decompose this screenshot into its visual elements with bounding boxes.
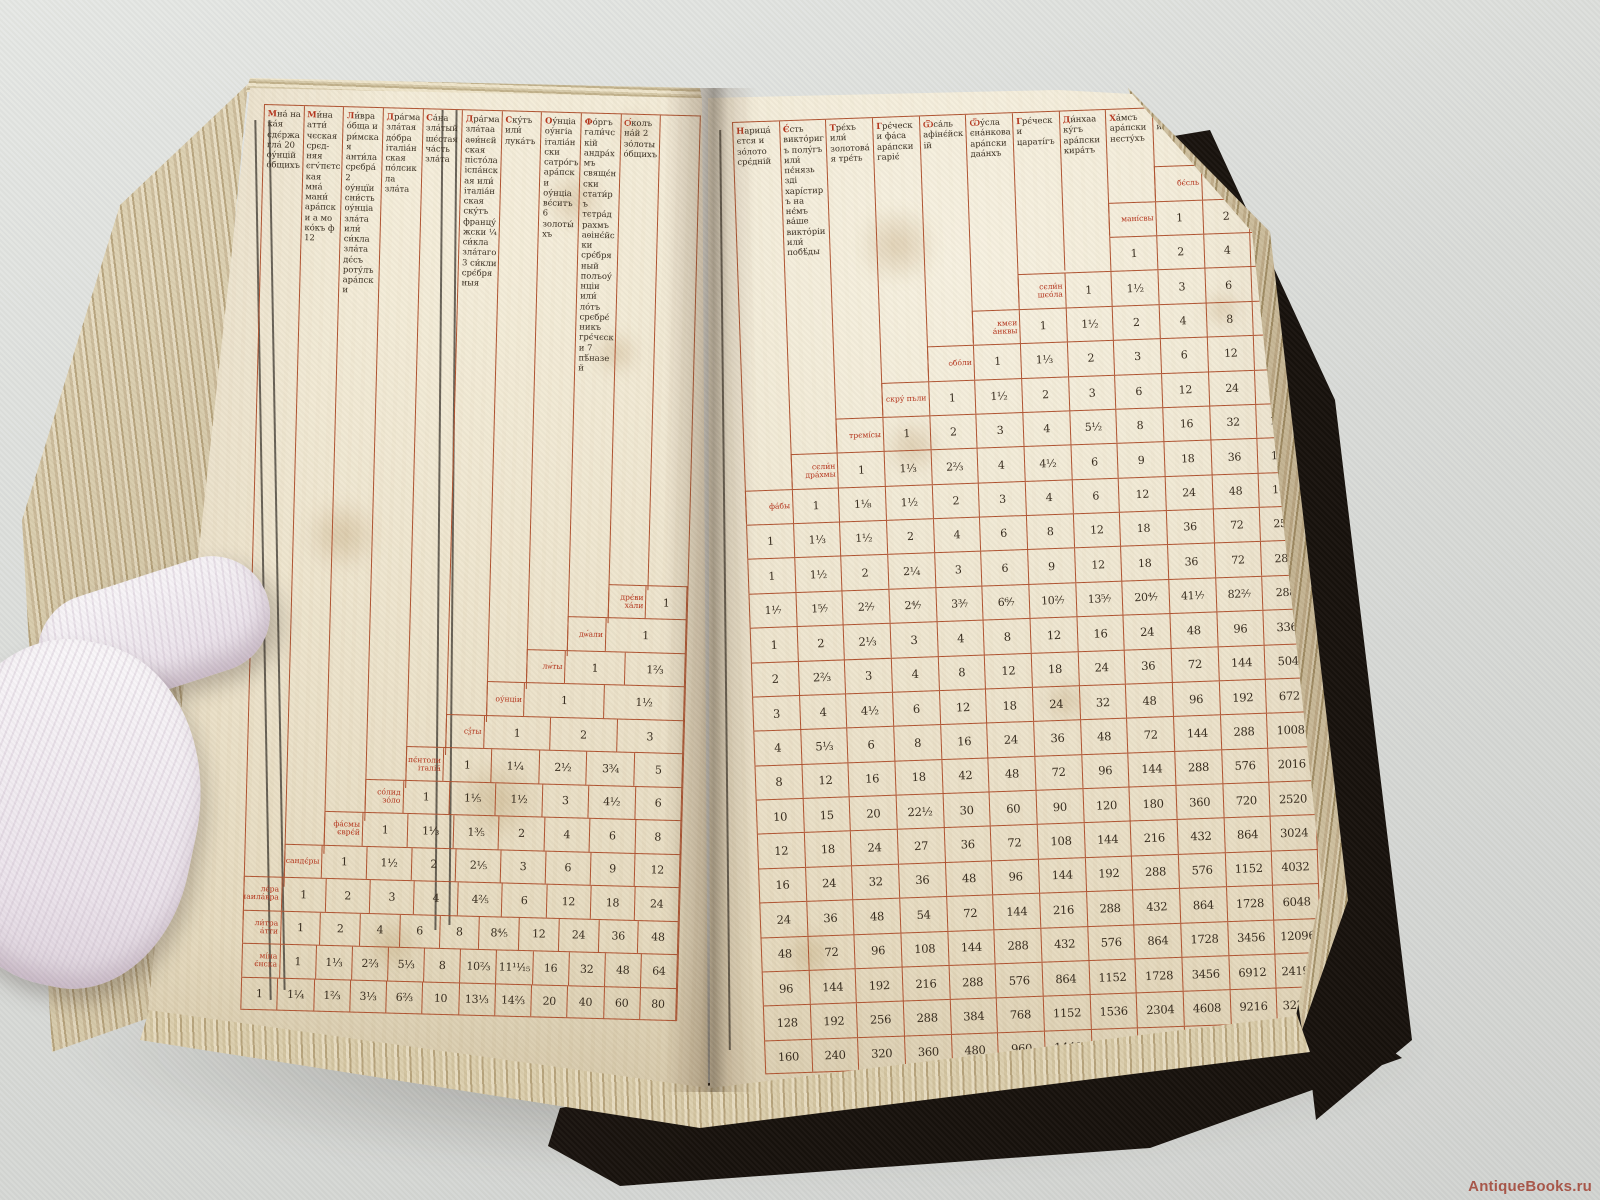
table-cell: 192 [855, 967, 903, 1002]
table-cell: 1⅔ [313, 979, 350, 1011]
table-cell: 6 [634, 787, 681, 821]
table-cell: 1⅔ [624, 653, 685, 687]
table-cell: 3 [976, 413, 1024, 448]
column-header: Мину́ты [1245, 103, 1292, 127]
table-cell: 13⁵⁄₇ [1075, 581, 1123, 616]
column-header-text: Ѿу́сла єна́нкова ара́пски даа́нхъ [966, 113, 1013, 159]
table-cell: 32 [1078, 685, 1126, 720]
table-cell: 6 [979, 516, 1027, 551]
table-cell: 192 [1084, 856, 1132, 891]
table-row: дѡ́али1 [567, 617, 687, 654]
table-cell: 1 [362, 813, 408, 847]
table-cell: 16 [758, 868, 806, 903]
table-cell: 12 [1029, 617, 1077, 652]
table-cell: 32 [1209, 405, 1257, 440]
table-cell: 6 [1204, 267, 1252, 302]
table-cell: 768 [996, 997, 1044, 1032]
table-cell: 8 [439, 915, 480, 948]
table-cell: 48 [637, 921, 678, 954]
right-table: Нарица́ єтся и зо́лото срє́днійЄ́сть вик… [732, 102, 1325, 1074]
table-cell: 12 [757, 833, 805, 868]
table-cell: 288 [1174, 750, 1222, 785]
table-cell: 1¼ [277, 978, 314, 1010]
table-cell: 1 [747, 559, 795, 594]
table-cell: 288 [948, 964, 996, 999]
table-cell: 1 [1019, 308, 1067, 343]
table-cell: 4½ [1023, 446, 1071, 481]
table-cell: 12 [984, 653, 1032, 688]
table-cell: 1 [1110, 236, 1158, 271]
table-cell: 6 [1071, 478, 1119, 513]
table-cell: 3 [1068, 375, 1116, 410]
table-cell: 18 [590, 886, 635, 920]
table-cell: 864 [1179, 887, 1227, 922]
table-cell: 6 [545, 851, 591, 885]
table-cell: 720 [1222, 783, 1270, 818]
table-cell: 288 [1220, 714, 1268, 749]
table-cell: 1 [750, 627, 798, 662]
table-cell: 3 [752, 696, 800, 731]
table-cell: 72 [1214, 542, 1262, 577]
table-cell: 36 [806, 900, 854, 935]
table-cell: 15 [802, 797, 850, 832]
table-cell: 432 [1177, 819, 1225, 854]
table-cell: 1728 [1226, 886, 1274, 921]
table-cell: 1½ [495, 783, 542, 817]
table-cell: 24 [558, 919, 599, 952]
table-cell: 48 [760, 936, 808, 971]
table-cell: 24 [1032, 686, 1080, 721]
table-cell: 432 [1040, 927, 1088, 962]
table-cell: 4 [543, 818, 589, 852]
table-cell: 1 [524, 683, 605, 718]
table-cell: 1152 [1224, 851, 1272, 886]
table-cell: 864 [1134, 923, 1182, 958]
table-cell: 18 [1163, 441, 1211, 476]
table-cell: 360 [1175, 784, 1223, 819]
column-header-text: Нарица́ єтся и зо́лото срє́дній [733, 121, 780, 167]
table-cell: 24 [986, 722, 1034, 757]
row-label: дѡ́али [567, 618, 605, 651]
table-cell: 12 [518, 918, 559, 951]
table-cell: 2 [498, 817, 544, 851]
left-table: Мна́ на ка́я сдє́ржа гла́ 20 оу́нцій о́б… [240, 104, 701, 1021]
table-cell: 6 [589, 819, 635, 853]
table-cell: 288 [1131, 855, 1179, 890]
row-label: мі́на є́нска [241, 944, 279, 977]
table-cell: 1 [1064, 272, 1112, 307]
table-cell: 144 [1217, 645, 1265, 680]
table-cell: 8 [937, 655, 985, 690]
table-cell: 24 [759, 902, 807, 937]
row-label: сѯ́ты [445, 715, 483, 748]
table-cell: 2 [1067, 341, 1115, 376]
table-cell: 288 [994, 928, 1042, 963]
table-cell: 4½ [588, 785, 635, 819]
table-cell: 48 [1211, 474, 1259, 509]
table-cell: 144 [1083, 822, 1131, 857]
table-cell: 8 [754, 765, 802, 800]
table-cell: 1 [279, 945, 316, 978]
table-cell: 96 [854, 933, 902, 968]
table-row: 1 [1246, 127, 1294, 163]
table-cell: 2 [929, 415, 977, 450]
row-label: мані́свы [1108, 202, 1156, 237]
table-cell: 2 [751, 662, 799, 697]
table-cell: 20 [849, 796, 897, 831]
table-cell: 216 [1130, 820, 1178, 855]
table-cell: 144 [992, 894, 1040, 929]
table-cell: 72 [1126, 717, 1174, 752]
table-cell: 6 [892, 691, 940, 726]
column-header-text: Зє́рна [1199, 105, 1245, 120]
table-cell: 216 [902, 966, 950, 1001]
table-cell: 3³⁄₇ [935, 586, 983, 621]
row-label: ѻбо́ли [927, 346, 975, 381]
table-cell: 27 [897, 828, 945, 863]
table-cell: 2⅕ [455, 849, 501, 883]
table-cell: 3 [1157, 269, 1205, 304]
table-cell: 10²⁄₇ [1028, 583, 1076, 618]
table-cell: 6 [501, 884, 546, 918]
row-label: сєли́н дра́хмы [790, 454, 838, 489]
table-cell: 8 [423, 949, 460, 982]
table-cell: 288 [1086, 891, 1134, 926]
table-cell: 3 [369, 880, 414, 914]
table-cell: 6 [1114, 374, 1162, 409]
table-cell: 12 [939, 689, 987, 724]
table-cell: 6⁶⁄₇ [982, 585, 1030, 620]
column-header-text: Ску́тъ или́ лука́тъ [502, 111, 541, 146]
table-cell: 48 [945, 861, 993, 896]
table-cell: 96 [1081, 753, 1129, 788]
table-cell: 1½ [1065, 307, 1113, 342]
table-cell: 90 [1035, 789, 1083, 824]
column-header-text: Ли́вра о́бща и ри́мская анти́ла срєбра́ … [339, 107, 383, 295]
table-cell: 96 [991, 860, 1039, 895]
table-cell: 1 [321, 845, 367, 879]
table-cell: 9216 [1229, 989, 1277, 1024]
table-cell: 384 [949, 999, 997, 1034]
table-cell: 144 [808, 969, 856, 1004]
table-cell: 54 [899, 897, 947, 932]
column-header: Ди́нхаа ку́гъ ара́пски кира́тъ [1058, 110, 1110, 271]
table-cell: 1 [1246, 128, 1294, 163]
table-cell: 1 [746, 524, 794, 559]
column-header-text [661, 115, 700, 119]
table-cell: 2 [410, 848, 456, 882]
table-cell: 72 [1212, 508, 1260, 543]
table-cell: 24 [1077, 650, 1125, 685]
table-cell: 8 [1026, 514, 1074, 549]
table-cell: 18 [1119, 511, 1167, 546]
table-cell: 1⁵⁄₇ [795, 591, 843, 626]
table-cell: 2304 [1136, 992, 1184, 1027]
row-label: фа́смы єврє́й [324, 812, 362, 845]
table-cell: 2⅔ [351, 947, 388, 980]
table-cell: 2 [1021, 377, 1069, 412]
column-header-text: Ха́мсъ ара́пски нєсту́хъ [1106, 108, 1153, 143]
table-cell: 1⅕ [448, 782, 495, 816]
table-cell: 2 [319, 912, 360, 945]
table-cell: 6048 [1272, 884, 1320, 919]
table-cell: 24 [1208, 371, 1256, 406]
table-cell: 1½ [603, 685, 684, 720]
table-cell: 12 [801, 763, 849, 798]
table-cell: 80 [639, 988, 676, 1020]
table-cell: 96 [762, 971, 810, 1006]
table-cell: 2 [886, 519, 934, 554]
table-cell: 2²⁄₇ [842, 590, 890, 625]
table-cell: 20 [530, 985, 567, 1017]
table-cell: 160 [764, 1039, 812, 1073]
table-cell: 240 [811, 1038, 859, 1072]
column-header-text: Ми́на атти́ чєская срєд-няя єгѵ́пєтская … [301, 106, 343, 243]
table-cell: 6 [1160, 338, 1208, 373]
table-cell: 1 [402, 781, 449, 815]
table-cell: 3 [500, 850, 546, 884]
table-cell: 1 [645, 586, 686, 620]
table-cell: 5⅓ [800, 729, 848, 764]
column-header-text: Оу́нціа оу́нгіа італіа́нски сатро́гъ ара… [539, 112, 581, 239]
table-cell: 9 [1117, 442, 1165, 477]
table-cell: 36 [1210, 439, 1258, 474]
table-cell: 2520 [1269, 781, 1317, 816]
table-cell: 120 [1082, 788, 1130, 823]
column-header-text: Є́сть викто́ригъ полу́гъ или́ пє́нязь зд… [780, 120, 830, 258]
column-header-text: Фо́ргъ гали́чскій андра́хмъ свящє́нски с… [575, 113, 620, 373]
table-cell: 72 [807, 935, 855, 970]
table-cell: 108 [1037, 824, 1085, 859]
table-cell: 24 [850, 830, 898, 865]
table-cell: 1728 [1135, 958, 1183, 993]
row-label: кмєи а́нквы [972, 310, 1020, 345]
ink-guide-line [719, 130, 730, 1050]
table-cell: 1⅛ [838, 487, 886, 522]
table-cell: 3 [978, 482, 1026, 517]
table-cell: 5⅓ [387, 948, 424, 981]
table-cell: 1 [240, 977, 277, 1009]
table-cell: 24 [1123, 614, 1171, 649]
table-cell: 1 [837, 452, 885, 487]
table-cell: 1 [1155, 200, 1203, 235]
table-cell: 1½ [885, 485, 933, 520]
table-cell: 2 [325, 879, 370, 913]
table-cell: 36 [1033, 721, 1081, 756]
table-cell: 1⅓ [884, 451, 932, 486]
table-cell: 4032 [1271, 850, 1319, 885]
table-cell: 72 [946, 896, 994, 931]
table-cell: 1½ [794, 557, 842, 592]
table-cell: 8 [634, 820, 680, 854]
table-cell: 256 [856, 1002, 904, 1037]
table-cell: 2 [549, 718, 616, 752]
column-header-text: Грє́чески фа́са ара́пски гаріє́ [873, 116, 920, 162]
table-cell: 1⅓ [407, 814, 453, 848]
table-cell: 32 [851, 864, 899, 899]
table-cell: 48 [604, 953, 641, 986]
table-cell: 6912 [1228, 954, 1276, 989]
table-cell: 16 [940, 724, 988, 759]
table-cell: 2¼ [887, 554, 935, 589]
table-cell: 1¼ [490, 749, 539, 783]
table-cell: 4 [891, 657, 939, 692]
table-cell: 1¹⁄₇ [749, 593, 797, 628]
table-cell: 5½ [1069, 410, 1117, 445]
table-cell: 3456 [1181, 956, 1229, 991]
table-cell: 1 [564, 651, 625, 685]
table-cell: 4 [1025, 480, 1073, 515]
table-cell: 1½ [974, 379, 1022, 414]
table-cell: 4⅖ [457, 882, 502, 916]
table-cell: 12 [1206, 336, 1254, 371]
table-cell: 3024 [1270, 815, 1318, 850]
table-cell: 2 [931, 483, 979, 518]
table-cell: 6 [980, 550, 1028, 585]
table-cell: 2 [841, 555, 889, 590]
table-cell: 6 [399, 914, 440, 947]
table-cell: 13⅓ [458, 983, 495, 1015]
table-cell: 6 [847, 727, 895, 762]
table-cell: 4 [413, 881, 458, 915]
table-cell: 2⁴⁄₇ [888, 588, 936, 623]
table-cell: 36 [943, 827, 991, 862]
column-header-text: Ѿса́ль афінє́йскій [920, 115, 967, 150]
table-cell: 3 [844, 658, 892, 693]
table-cell: 1 [792, 488, 840, 523]
table-cell: 192 [810, 1003, 858, 1038]
table-cell: 1 [928, 380, 976, 415]
table-cell: 3456 [1227, 920, 1275, 955]
row-label: оу́нціи [486, 682, 524, 715]
table-cell: 72 [1171, 647, 1219, 682]
table-cell: 1½ [1111, 271, 1159, 306]
table-cell: 24 [1165, 475, 1213, 510]
table-cell: 8 [1116, 408, 1164, 443]
antique-book-photo: Мна́ на ка́я сдє́ржа гла́ 20 оу́нцій о́б… [0, 0, 1600, 1200]
table-cell: 8⅘ [478, 917, 519, 950]
table-cell: 4 [1203, 233, 1251, 268]
table-cell: 6⅔ [385, 981, 422, 1013]
table-cell: 2 [1112, 305, 1160, 340]
table-cell: 12 [1161, 372, 1209, 407]
row-label: фа́бы [745, 490, 793, 525]
table-cell: 36 [1124, 649, 1172, 684]
column-header-text: Грє́чески лє́пты [1153, 107, 1199, 132]
row-label: пє́нтоли італіа̑ [405, 747, 443, 780]
table-cell: 108 [900, 932, 948, 967]
table-cell: 18 [985, 688, 1033, 723]
table-cell: 16 [1162, 406, 1210, 441]
table-cell: 216 [1039, 892, 1087, 927]
table-cell: 32 [568, 952, 605, 985]
table-cell: 9 [589, 852, 635, 886]
table-cell: 96 [1172, 681, 1220, 716]
table-cell: 2 [796, 626, 844, 661]
table-cell: 10 [756, 799, 804, 834]
table-cell: 144 [1128, 752, 1176, 787]
table-cell: 18 [1031, 652, 1079, 687]
column-header-text: Ѻ́колъ на́й 2 зо́лоты о́бщихъ [620, 114, 660, 159]
table-row: оу́нціи11½ [486, 681, 685, 720]
table-cell: 144 [1038, 858, 1086, 893]
table-cell: 8 [983, 619, 1031, 654]
table-cell: 12 [545, 885, 590, 919]
table-cell: 60 [603, 987, 640, 1019]
table-cell: 6 [1070, 444, 1118, 479]
table-row: дрє́ви ха́ли1 [607, 584, 687, 620]
column-header-text: Ди́нхаа ку́гъ ара́пски кира́тъ [1059, 110, 1106, 156]
table-cell: 3 [1113, 339, 1161, 374]
table-cell: 128 [763, 1005, 811, 1040]
table-cell: 4 [799, 694, 847, 729]
table-cell: 1⅓ [793, 523, 841, 558]
table-cell: 96 [1216, 611, 1264, 646]
row-label: дрє́ви ха́ли [607, 585, 645, 618]
row-label: скру́ пъли [881, 382, 929, 417]
column-header-text: Мна́ на ка́я сдє́ржа гла́ 20 оу́нцій о́б… [263, 105, 303, 170]
table-cell: 36 [898, 863, 946, 898]
table-row: лѡ́ты11⅔ [526, 649, 685, 687]
table-cell: 48 [1080, 719, 1128, 754]
table-cell: 4 [933, 518, 981, 553]
table-cell: 576 [1178, 853, 1226, 888]
table-cell: 4 [1022, 411, 1070, 446]
table-cell: 64 [640, 954, 677, 987]
column-header-text: Трє́хъ или́ золотова́я трє́ть [826, 118, 873, 164]
table-cell: 16 [532, 951, 569, 984]
table-cell: 5 [634, 753, 683, 787]
table-cell: 144 [947, 930, 995, 965]
row-label: лѡ́ты [526, 650, 564, 683]
table-cell: 10 [421, 982, 458, 1014]
table-cell: 3⅓ [349, 980, 386, 1012]
table-cell: 576 [1221, 748, 1269, 783]
table-cell: 9 [1027, 549, 1075, 584]
table-cell: 1 [483, 716, 550, 750]
table-cell: 4 [359, 913, 400, 946]
column-header-text: Дра́гма зла́таа аѳи́нєйская пісто́ла ісп… [458, 110, 501, 288]
table-cell: 3 [541, 784, 588, 818]
table-cell: 48 [1125, 683, 1173, 718]
table-cell: 20⁴⁄₇ [1122, 580, 1170, 615]
table-cell: 18 [1120, 546, 1168, 581]
table-cell: 82²⁄₇ [1215, 577, 1263, 612]
table-cell: 1½ [839, 521, 887, 556]
column-header-text: Са́на зла́тый шє́стая ча́сть зла́та [422, 109, 462, 164]
column-header-text: Грє́чески цараті́гъ [1013, 112, 1060, 147]
table-cell: 864 [1223, 817, 1271, 852]
table-cell: 576 [995, 963, 1043, 998]
table-cell: 1⅓ [1020, 343, 1068, 378]
table-cell: 8 [1205, 302, 1253, 337]
table-cell: 4 [936, 621, 984, 656]
table-cell: 42 [941, 758, 989, 793]
table-cell: 3½ [1247, 163, 1295, 198]
table-cell: 1152 [1043, 995, 1091, 1030]
table-cell: 1 [281, 878, 326, 912]
column-header-text: Дра́гма зла́тая до́бра італіа́нская по́л… [382, 108, 423, 194]
table-cell: 4 [753, 730, 801, 765]
table-cell: 1 [605, 619, 686, 654]
table-cell: 1 [973, 344, 1021, 379]
table-cell: 41¹⁄₇ [1168, 578, 1216, 613]
table-cell: 2⅓ [843, 624, 891, 659]
table-cell: 432 [1132, 889, 1180, 924]
table-cell: 2½ [538, 751, 587, 785]
table-cell: 192 [1218, 680, 1266, 715]
table-cell: 144 [1173, 716, 1221, 751]
